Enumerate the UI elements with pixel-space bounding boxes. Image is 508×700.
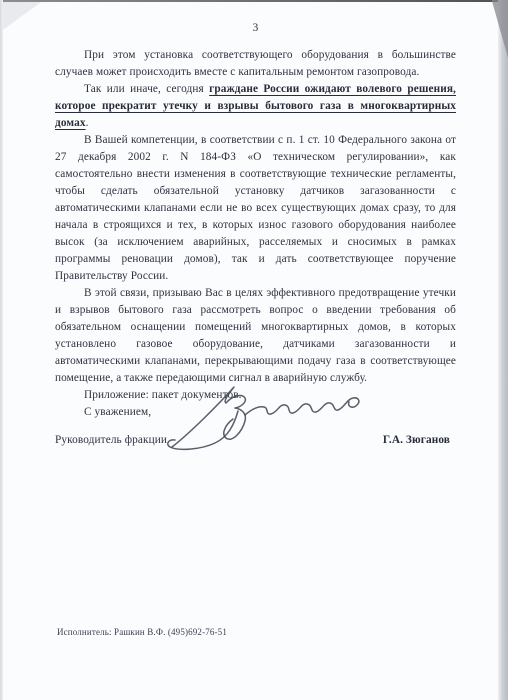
signer-name: Г.А. Зюганов <box>383 432 456 449</box>
scan-edge-left <box>0 0 3 700</box>
paragraph-decision: Так или иначе, сегодня граждане России о… <box>55 81 456 132</box>
paragraph-text: При этом установка соответствующего обор… <box>55 49 456 78</box>
paragraph-text: В Вашей компетенции, в соответствии с п.… <box>55 134 456 282</box>
paragraph-tail: . <box>86 117 89 129</box>
scan-edge-top <box>0 0 508 2</box>
handwritten-signature-image <box>160 377 365 455</box>
paragraph-appeal: В этой связи, призываю Вас в целях эффек… <box>55 285 456 387</box>
paragraph-text: В этой связи, призываю Вас в целях эффек… <box>55 287 456 384</box>
page-number: 3 <box>55 20 456 37</box>
scan-edge-right <box>498 0 508 700</box>
signer-role: Руководитель фракции <box>55 432 167 449</box>
paragraph-lead: Так или иначе, сегодня <box>84 83 209 95</box>
executor-footer: Исполнитель: Рашкин В.Ф. (495)692-76-51 <box>57 627 227 637</box>
paragraph-equipment: При этом установка соответствующего обор… <box>55 47 456 81</box>
scanned-letter-page: 3 При этом установка соответствующего об… <box>0 0 508 700</box>
paragraph-competence: В Вашей компетенции, в соответствии с п.… <box>55 132 456 285</box>
signature-icon <box>160 377 365 455</box>
scan-corner-top-left <box>0 0 44 32</box>
